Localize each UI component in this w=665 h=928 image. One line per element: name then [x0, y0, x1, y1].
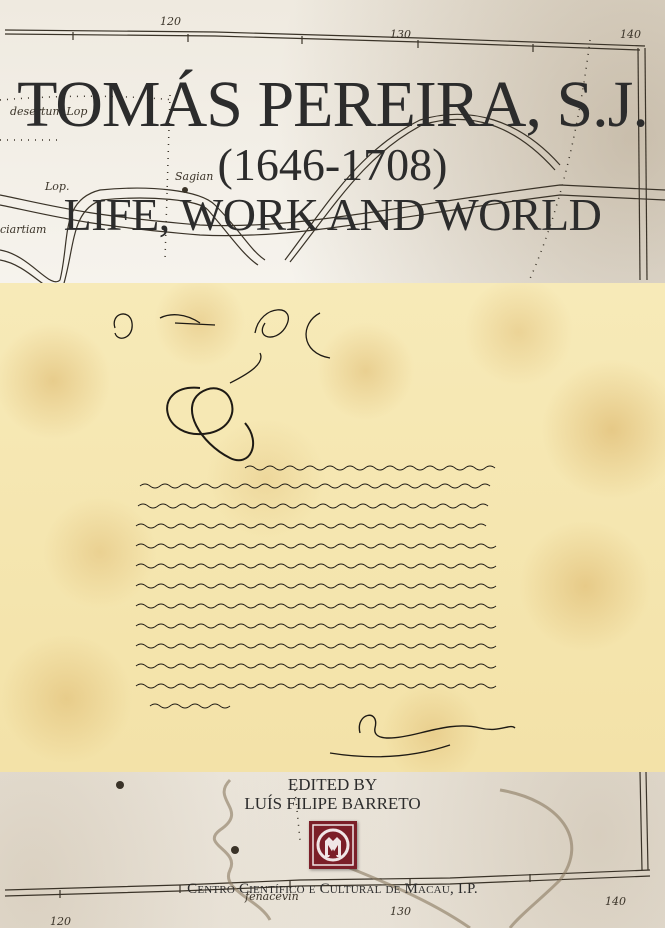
title-block: TOMÁS PEREIRA, S.J. (1646-1708) LIFE, WO… — [0, 72, 665, 240]
map-scale-label: 130 — [390, 905, 411, 918]
handwritten-letter — [0, 283, 665, 772]
map-scale-label: 120 — [160, 15, 181, 28]
manuscript-image — [0, 283, 665, 772]
map-scale-label: 130 — [390, 28, 411, 41]
book-title: TOMÁS PEREIRA, S.J. — [0, 72, 665, 138]
book-dates: (1646-1708) — [0, 142, 665, 188]
map-scale-label: 120 — [50, 915, 71, 928]
credits-block: EDITED BY LUÍS FILIPE BARRETO Centro Cie… — [0, 775, 665, 898]
ccm-m-logo-icon — [309, 821, 357, 869]
book-cover: 120 130 140 desertum Lop Lop. Sagian cia… — [0, 0, 665, 928]
book-subtitle: LIFE, WORK AND WORLD — [0, 190, 665, 240]
map-scale-label: 140 — [620, 28, 641, 41]
publisher-name: Centro Científico e Cultural de Macau, I… — [0, 881, 665, 898]
editor-name: LUÍS FILIPE BARRETO — [0, 794, 665, 813]
edited-by-label: EDITED BY — [0, 775, 665, 794]
